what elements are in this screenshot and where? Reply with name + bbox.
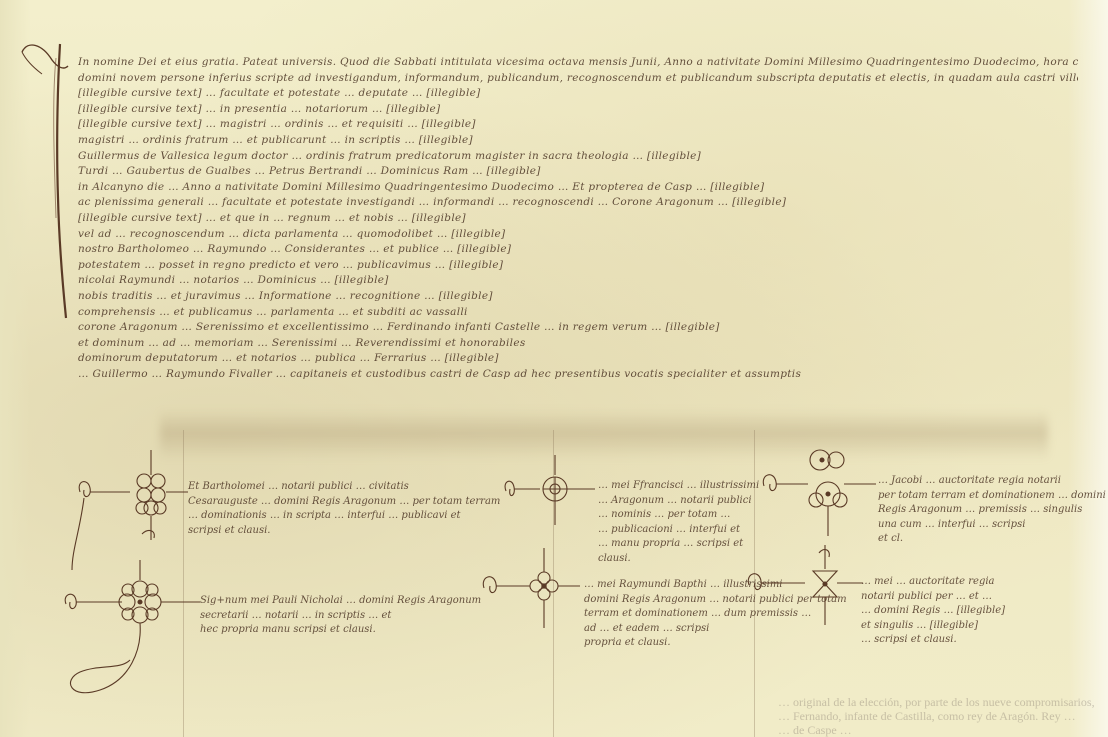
text-line: et dominum … ad … memoriam … Serenissimi… [78,336,1078,352]
notarial-sign-icon [480,548,590,658]
text-line: Guillermus de Vallesica legum doctor … o… [78,149,1078,165]
signature-line: … publicacioni … interfui et [598,523,759,538]
text-line: … Guillermo … Raymundo Fivaller … capita… [78,367,1078,383]
decorated-initial-icon [18,38,78,338]
caption-line: … Fernando, infante de Castilla, como re… [778,709,1108,723]
signature-line: … domini Regis … [illegible] [861,604,1005,619]
signature-line: … mei … auctoritate regia [861,575,1005,590]
notary-signature: … mei … auctoritate regia notarii public… [745,545,1085,665]
text-line: Turdi … Gaubertus de Gualbes … Petrus Be… [78,164,1078,180]
notarial-sign-icon [745,545,865,655]
text-line: vel ad … recognoscendum … dicta parlamen… [78,227,1078,243]
signature-line: una cum … interfui … scripsi [878,518,1106,533]
text-line: [illegible cursive text] … et que in … r… [78,211,1078,227]
charter-body-text: In nomine Dei et eius gratia. Pateat uni… [78,55,1078,382]
notary-signature: Sig+num mei Pauli Nicholai … domini Regi… [60,560,430,720]
text-line: comprehensis … et publicamus … parlament… [78,305,1078,321]
signature-line: scripsi et clausi. [188,524,500,539]
notary-signature: Et Bartholomei … notarii publici … civit… [70,450,330,570]
notary-signature: … mei Raymundi Bapthi … illustrissimi do… [480,548,760,678]
caption-line: … de Caspe … [778,723,1108,737]
text-line: In nomine Dei et eius gratia. Pateat uni… [78,55,1078,71]
signature-line: et singulis … [illegible] [861,619,1005,634]
text-line: [illegible cursive text] … facultate et … [78,86,1078,102]
text-line: domini novem persone inferius scripte ad… [78,71,1078,87]
text-line: [illegible cursive text] … magistri … or… [78,117,1078,133]
signature-line: … dominationis … in scripta … interfui …… [188,509,500,524]
signature-line: Regis Aragonum … premissis … singulis [878,503,1106,518]
signature-line: … nominis … per totam … [598,508,759,523]
printed-caption: … original de la elección, por parte de … [770,695,1108,737]
signature-line: per totam terram et dominationem … domin… [878,489,1106,504]
notarial-sign-icon [760,440,880,550]
text-line: potestatem … posset in regno predicto et… [78,258,1078,274]
text-line: corone Aragonum … Serenissimo et excelle… [78,320,1078,336]
signature-line: … scripsi et clausi. [861,633,1005,648]
signature-line: notarii publici per … et … [861,590,1005,605]
signature-line: Sig+num mei Pauli Nicholai … domini Regi… [200,594,481,609]
signature-line: … Aragonum … notarii publici [598,494,759,509]
notarial-sign-icon [60,560,200,720]
text-line: nicolai Raymundi … notarios … Dominicus … [78,273,1078,289]
signature-line: hec propria manu scripsi et clausi. [200,623,481,638]
signature-line: Et Bartholomei … notarii publici … civit… [188,480,500,495]
signature-line: … Jacobi … auctoritate regia notarii [878,474,1106,489]
text-line: nostro Bartholomeo … Raymundo … Consider… [78,242,1078,258]
text-line: in Alcanyno die … Anno a nativitate Domi… [78,180,1078,196]
text-line: nobis traditis … et juravimus … Informat… [78,289,1078,305]
text-line: dominorum deputatorum … et notarios … pu… [78,351,1078,367]
caption-line: … original de la elección, por parte de … [778,695,1108,709]
signature-line: secretarii … notarii … in scriptis … et [200,609,481,624]
notarial-sign-icon [500,455,600,545]
notary-signature: … Jacobi … auctoritate regia notarii per… [760,440,1100,560]
text-line: ac plenissima generali … facultate et po… [78,195,1078,211]
signature-line: Cesarauguste … domini Regis Aragonum … p… [188,495,500,510]
text-line: [illegible cursive text] … in presentia … [78,102,1078,118]
notarial-sign-icon [70,450,200,570]
signature-line: … mei Ffrancisci … illustrissimi [598,479,759,494]
text-line: magistri … ordinis fratrum … et publicar… [78,133,1078,149]
